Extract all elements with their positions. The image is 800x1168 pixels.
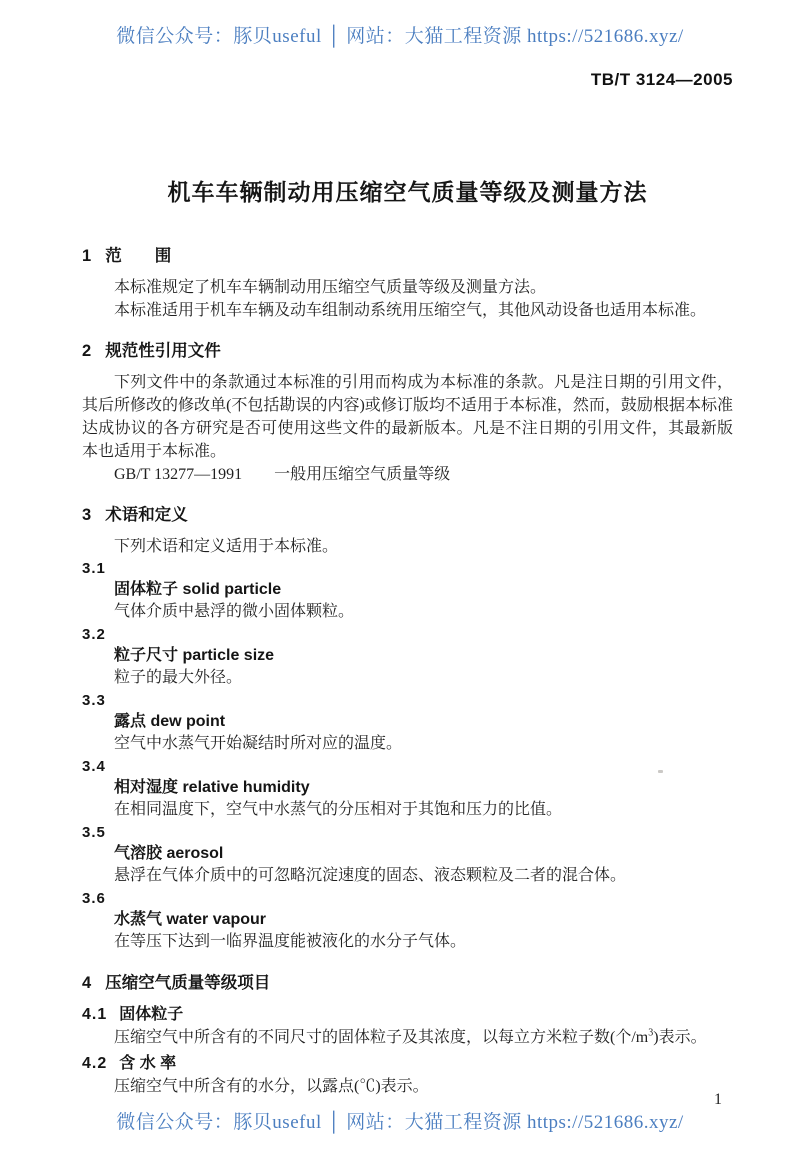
reference-entry: GB/T 13277—1991 一般用压缩空气质量等级 xyxy=(82,463,733,486)
clause-number-3-4: 3.4 xyxy=(82,756,733,777)
section-heading-4: 4压缩空气质量等级项目 xyxy=(82,971,733,995)
subsection-title: 固体粒子 xyxy=(119,1006,183,1023)
clause-number-3-3: 3.3 xyxy=(82,690,733,711)
subsection-title: 含 水 率 xyxy=(119,1055,176,1072)
section-title: 规范性引用文件 xyxy=(105,342,221,360)
term-definition: 空气中水蒸气开始凝结时所对应的温度。 xyxy=(82,732,733,756)
term-heading: 气溶胶 aerosol xyxy=(82,843,733,864)
term-heading: 露点 dew point xyxy=(82,711,733,732)
paragraph: 压缩空气中所含有的不同尺寸的固体粒子及其浓度，以每立方米粒子数(个/m3)表示。 xyxy=(82,1026,733,1049)
scan-speck xyxy=(658,770,663,773)
term-heading: 粒子尺寸 particle size xyxy=(82,645,733,666)
section-number: 4 xyxy=(82,974,91,992)
paragraph: 下列术语和定义适用于本标准。 xyxy=(82,535,733,558)
section-title: 术语和定义 xyxy=(105,506,188,524)
watermark-top: 微信公众号：豚贝useful │ 网站：大猫工程资源 https://52168… xyxy=(0,21,800,48)
term-heading: 水蒸气 water vapour xyxy=(82,909,733,930)
term-definition: 粒子的最大外径。 xyxy=(82,666,733,690)
subsection-heading-4-1: 4.1固体粒子 xyxy=(82,1003,733,1026)
paragraph-text: 压缩空气中所含有的不同尺寸的固体粒子及其浓度，以每立方米粒子数(个/m xyxy=(114,1029,648,1046)
subsection-heading-4-2: 4.2含 水 率 xyxy=(82,1052,733,1075)
term-definition: 气体介质中悬浮的微小固体颗粒。 xyxy=(82,600,733,624)
subsection-number: 4.1 xyxy=(82,1006,107,1023)
section-number: 3 xyxy=(82,506,91,524)
section-heading-2: 2规范性引用文件 xyxy=(82,339,733,363)
term-definition: 在等压下达到一临界温度能被液化的水分子气体。 xyxy=(82,930,733,954)
standard-number: TB/T 3124—2005 xyxy=(591,70,733,90)
clause-number-3-1: 3.1 xyxy=(82,558,733,579)
section-heading-1: 1范 围 xyxy=(82,244,733,268)
subsection-number: 4.2 xyxy=(82,1055,107,1072)
document-content: 机车车辆制动用压缩空气质量等级及测量方法 1范 围 本标准规定了机车车辆制动用压… xyxy=(82,176,733,1098)
scanned-standard-page: 微信公众号：豚贝useful │ 网站：大猫工程资源 https://52168… xyxy=(0,0,800,1168)
paragraph: 压缩空气中所含有的水分，以露点(℃)表示。 xyxy=(82,1075,733,1098)
term-definition: 悬浮在气体介质中的可忽略沉淀速度的固态、液态颗粒及二者的混合体。 xyxy=(82,864,733,888)
paragraph-text: )表示。 xyxy=(653,1029,706,1046)
document-title: 机车车辆制动用压缩空气质量等级及测量方法 xyxy=(82,176,733,208)
paragraph: 本标准规定了机车车辆制动用压缩空气质量等级及测量方法。 xyxy=(82,276,733,299)
paragraph: 下列文件中的条款通过本标准的引用而构成为本标准的条款。凡是注日期的引用文件，其后… xyxy=(82,371,733,463)
section-number: 1 xyxy=(82,247,91,265)
section-number: 2 xyxy=(82,342,91,360)
clause-number-3-5: 3.5 xyxy=(82,822,733,843)
term-heading: 固体粒子 solid particle xyxy=(82,579,733,600)
term-definition: 在相同温度下，空气中水蒸气的分压相对于其饱和压力的比值。 xyxy=(82,798,733,822)
watermark-bottom: 微信公众号：豚贝useful │ 网站：大猫工程资源 https://52168… xyxy=(0,1107,800,1134)
section-heading-3: 3术语和定义 xyxy=(82,503,733,527)
clause-number-3-2: 3.2 xyxy=(82,624,733,645)
section-title: 范 围 xyxy=(105,247,171,265)
term-heading: 相对湿度 relative humidity xyxy=(82,777,733,798)
paragraph: 本标准适用于机车车辆及动车组制动系统用压缩空气，其他风动设备也适用本标准。 xyxy=(82,299,733,322)
section-title: 压缩空气质量等级项目 xyxy=(105,974,270,992)
clause-number-3-6: 3.6 xyxy=(82,888,733,909)
